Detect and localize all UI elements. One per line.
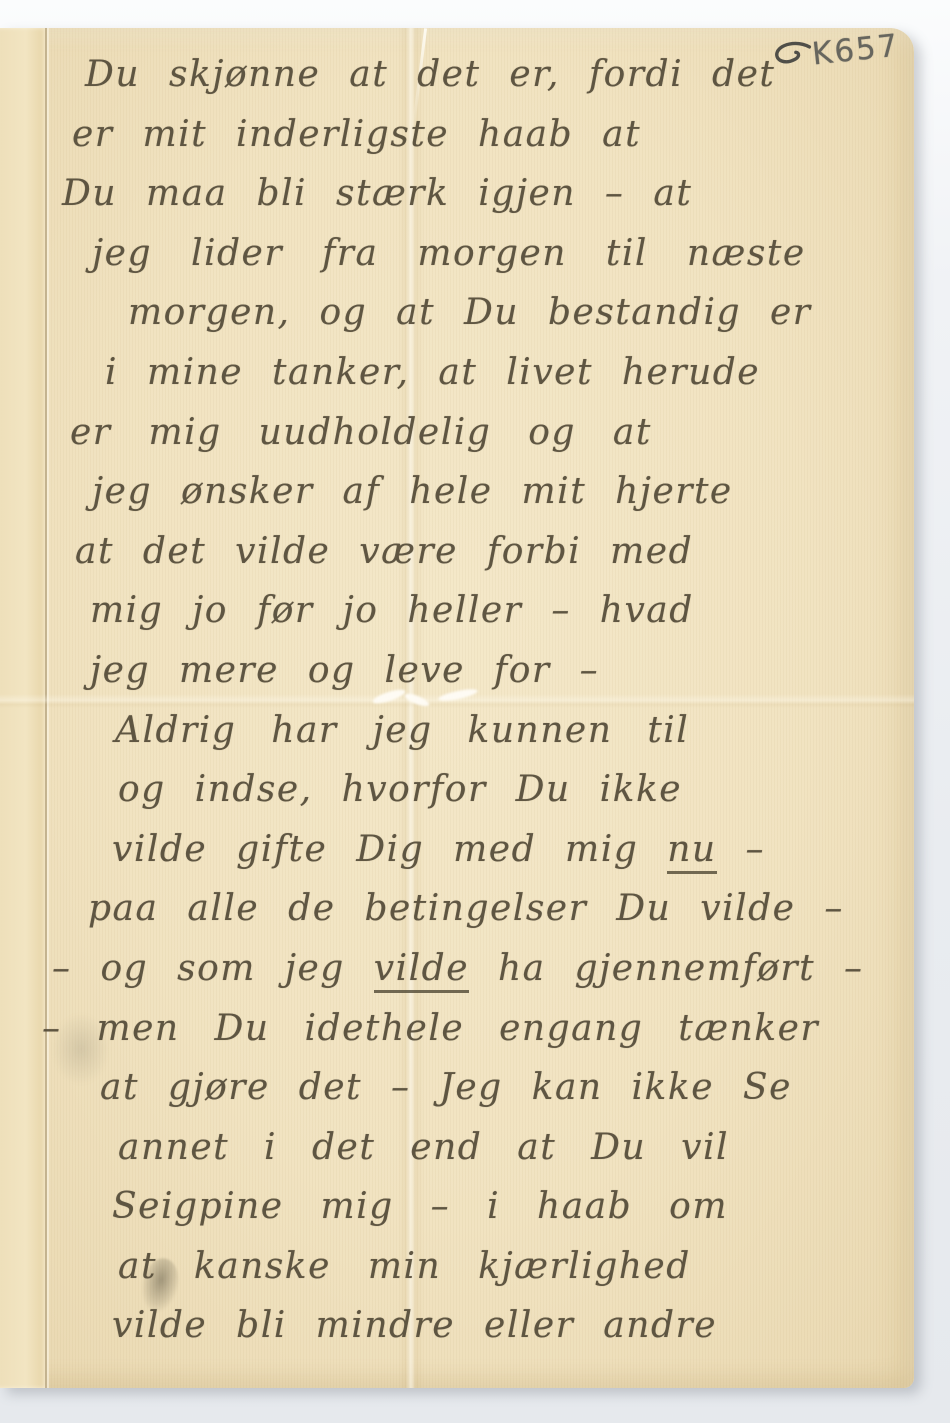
letter-line: – og som jeg vilde ha gjennemført – xyxy=(0,939,905,999)
letter-line: at kanske min kjærlighed xyxy=(0,1237,905,1297)
letter-line: – men Du idethele engang tænker xyxy=(0,999,905,1059)
letter-line: annet i det end at Du vil xyxy=(0,1118,905,1178)
letter-line: at det vilde være forbi med xyxy=(0,522,905,582)
letter-line: Du skjønne at det er, fordi det xyxy=(0,45,905,105)
letter-line: jeg mere og leve for – xyxy=(0,641,905,701)
letter-line: er mit inderligste haab at xyxy=(0,105,905,165)
letter-line: og indse, hvorfor Du ikke xyxy=(0,760,905,820)
letter-line: paa alle de betingelser Du vilde – xyxy=(0,879,905,939)
letter-line: vilde gifte Dig med mig nu – xyxy=(0,820,905,880)
letter-line: er mig uudholdelig og at xyxy=(0,403,905,463)
letter-line: Du maa bli stærk igjen – at xyxy=(0,164,905,224)
letter-line: vilde bli mindre eller andre xyxy=(0,1296,905,1356)
letter-line: i mine tanker, at livet herude xyxy=(0,343,905,403)
underlined-word: nu xyxy=(667,829,716,874)
letter-line: Aldrig har jeg kunnen til xyxy=(0,701,905,761)
letter-line: jeg lider fra morgen til næste xyxy=(0,224,905,284)
scanned-letter-view: K657 Du skjønne at det er, fordi deter m… xyxy=(0,0,950,1423)
underlined-word: vilde xyxy=(374,948,469,993)
letter-line: Seigpine mig – i haab om xyxy=(0,1177,905,1237)
letter-body: Du skjønne at det er, fordi deter mit in… xyxy=(0,45,905,1356)
letter-line: at gjøre det – Jeg kan ikke Se xyxy=(0,1058,905,1118)
letter-page: K657 Du skjønne at det er, fordi deter m… xyxy=(0,28,914,1388)
letter-line: mig jo før jo heller – hvad xyxy=(0,581,905,641)
letter-line: jeg ønsker af hele mit hjerte xyxy=(0,462,905,522)
letter-line: morgen, og at Du bestandig er xyxy=(0,283,905,343)
